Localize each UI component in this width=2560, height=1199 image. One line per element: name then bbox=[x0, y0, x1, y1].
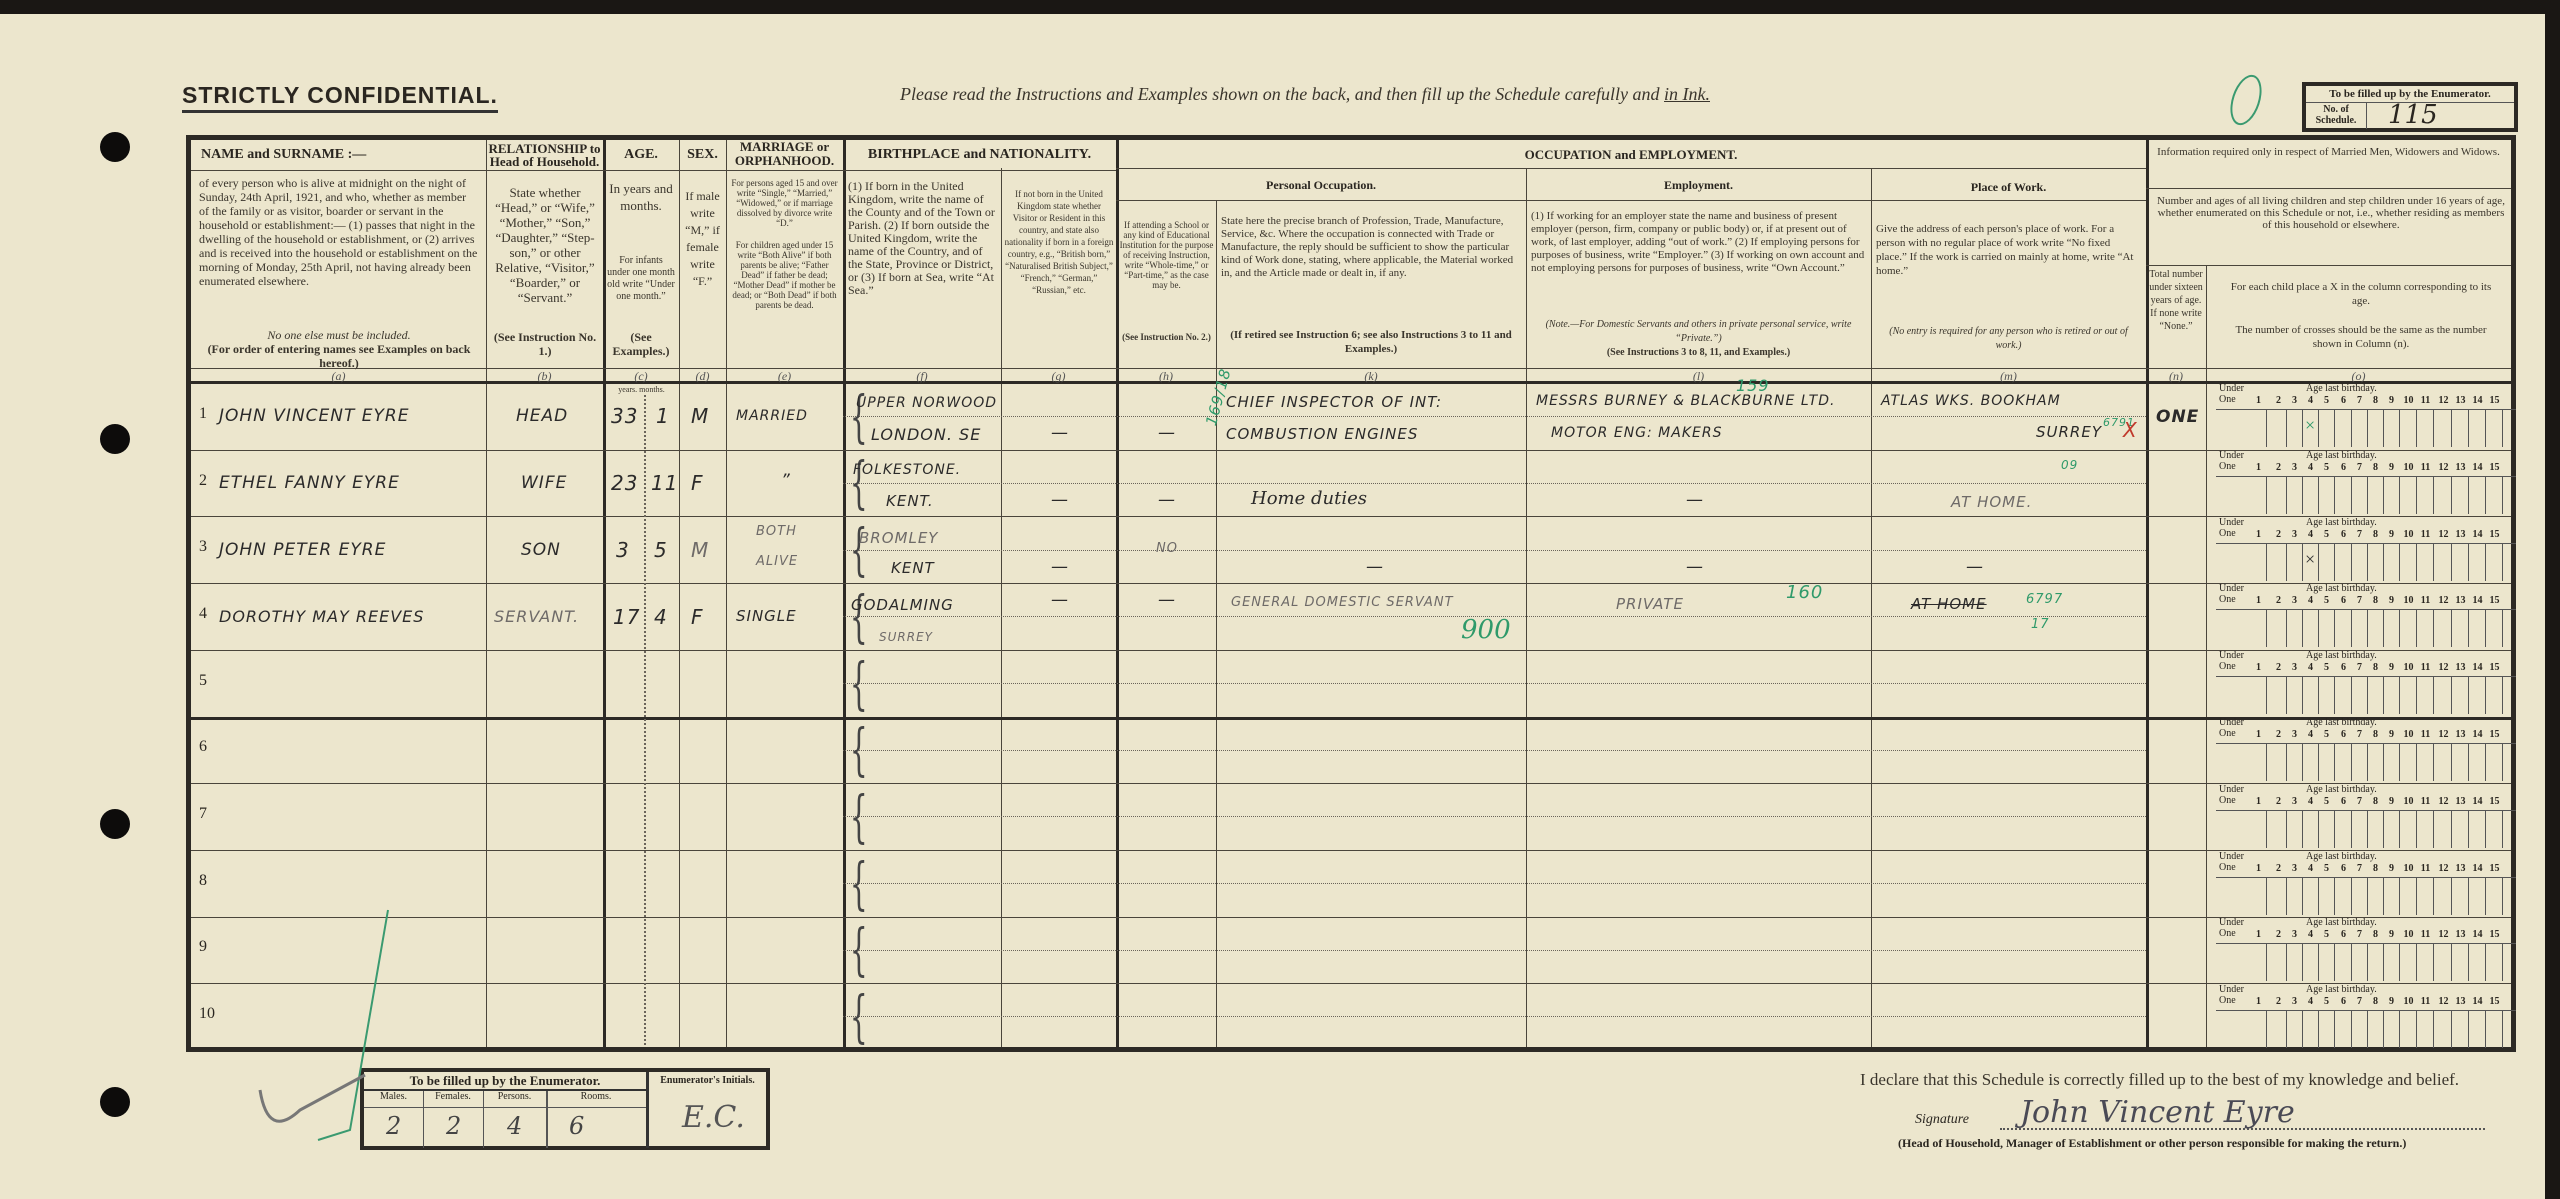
birthplace-line1: Upper Norwood bbox=[856, 395, 997, 411]
age-column-label: 4 bbox=[2302, 462, 2319, 473]
occupation-line2: — bbox=[1366, 557, 1384, 577]
age-column-label: 8 bbox=[2367, 395, 2384, 406]
age-column-label: 4 bbox=[2302, 996, 2319, 1007]
sex: M bbox=[691, 538, 709, 562]
age-grid: Under OneAge last birthday.1234567891011… bbox=[2216, 583, 2516, 650]
age-column-label: 1 bbox=[2250, 863, 2267, 874]
age-years: 33 bbox=[611, 404, 638, 428]
col-o-letter: (o) bbox=[2206, 369, 2511, 384]
col-f-instructions: (1) If born in the United Kingdom, write… bbox=[848, 180, 998, 297]
sex: F bbox=[691, 471, 704, 495]
age-column-label: 11 bbox=[2417, 863, 2434, 874]
age-column-label: 6 bbox=[2335, 929, 2352, 940]
page-title: STRICTLY CONFIDENTIAL. bbox=[182, 82, 498, 113]
col-a-title: NAME and SURNAME :— bbox=[191, 147, 496, 162]
age-column-label: 12 bbox=[2435, 729, 2452, 740]
age-column-label: 14 bbox=[2469, 996, 2486, 1007]
age-column-label: 3 bbox=[2286, 796, 2303, 807]
age-last-birthday-label: Age last birthday. bbox=[2306, 917, 2377, 928]
col-k-see: (If retired see Instruction 6; see also … bbox=[1221, 328, 1521, 356]
col-m-note: (No entry is required for any person who… bbox=[1876, 325, 2141, 353]
occupation-title: OCCUPATION and EMPLOYMENT. bbox=[1116, 147, 2146, 162]
child-age-cross: × bbox=[2305, 415, 2315, 436]
occupation-line1: Chief Inspector of Int: bbox=[1226, 393, 1442, 411]
age-column-label: 15 bbox=[2486, 595, 2503, 606]
age-column-label: 13 bbox=[2452, 395, 2469, 406]
col-c-letter: (c) bbox=[603, 369, 679, 384]
age-years: 3 bbox=[616, 538, 630, 562]
age-column-label: 13 bbox=[2452, 996, 2469, 1007]
age-column-label: 3 bbox=[2286, 462, 2303, 473]
age-grid: Under OneAge last birthday.1234567891011… bbox=[2216, 717, 2516, 784]
col-h-see: (See Instruction No. 2.) bbox=[1119, 330, 1214, 344]
years-label: years. bbox=[618, 385, 637, 394]
age-column-label: 15 bbox=[2486, 395, 2503, 406]
age-column-label: 13 bbox=[2452, 662, 2469, 673]
age-column-label: 12 bbox=[2435, 996, 2452, 1007]
age-column-label: 7 bbox=[2351, 662, 2368, 673]
age-column-label: 2 bbox=[2270, 796, 2287, 807]
age-column-label: 2 bbox=[2270, 863, 2287, 874]
age-grid: Under OneAge last birthday.1234567891011… bbox=[2216, 984, 2516, 1051]
col-b-title: RELATIONSHIP to Head of Household. bbox=[486, 142, 603, 168]
age-column-label: 6 bbox=[2335, 529, 2352, 540]
age-column-label: 8 bbox=[2367, 462, 2384, 473]
age-column-label: 5 bbox=[2318, 863, 2335, 874]
age-column-label: 15 bbox=[2486, 863, 2503, 874]
age-column-label: 4 bbox=[2302, 595, 2319, 606]
school: — bbox=[1158, 590, 1176, 610]
birthplace-line1: Bromley bbox=[859, 529, 938, 547]
age-column-label: 13 bbox=[2452, 729, 2469, 740]
age-column-label: 1 bbox=[2250, 796, 2267, 807]
col-e-letter: (e) bbox=[726, 369, 843, 384]
row-number: 9 bbox=[199, 938, 207, 956]
person-name: John Peter Eyre bbox=[219, 540, 386, 560]
col-a-note: No one else must be included. bbox=[199, 328, 479, 342]
age-column-label: 5 bbox=[2318, 796, 2335, 807]
age-column-label: 6 bbox=[2335, 863, 2352, 874]
age-last-birthday-label: Age last birthday. bbox=[2306, 984, 2377, 995]
age-column-label: 7 bbox=[2351, 729, 2368, 740]
age-column-label: 12 bbox=[2435, 929, 2452, 940]
instructions-ink: in Ink. bbox=[1664, 84, 1710, 104]
age-column-label: 9 bbox=[2383, 996, 2400, 1007]
age-last-birthday-label: Age last birthday. bbox=[2306, 650, 2377, 661]
age-column-label: 7 bbox=[2351, 462, 2368, 473]
age-column-label: 6 bbox=[2335, 395, 2352, 406]
age-column-label: 6 bbox=[2335, 996, 2352, 1007]
enumerator-initials-label: Enumerator's Initials. bbox=[649, 1072, 766, 1089]
age-column-label: 14 bbox=[2469, 462, 2486, 473]
col-l-letter: (l) bbox=[1526, 369, 1871, 384]
age-column-label: 2 bbox=[2270, 996, 2287, 1007]
age-column-label: 8 bbox=[2367, 929, 2384, 940]
col-e-child-instructions: For children aged under 15 write “Both A… bbox=[729, 240, 840, 310]
child-age-cross: × bbox=[2305, 549, 2315, 570]
age-months: 4 bbox=[654, 605, 668, 629]
col-h-letter: (h) bbox=[1116, 369, 1216, 384]
col-k-instructions: State here the precise branch of Profess… bbox=[1221, 215, 1521, 280]
age-column-label: 1 bbox=[2250, 929, 2267, 940]
col-c-title: AGE. bbox=[603, 147, 679, 162]
occupation-line2: Combustion Engines bbox=[1226, 425, 1418, 443]
age-column-label: 15 bbox=[2486, 996, 2503, 1007]
age-column-label: 8 bbox=[2367, 996, 2384, 1007]
col-k-letter: (k) bbox=[1216, 369, 1526, 384]
age-column-label: 2 bbox=[2270, 529, 2287, 540]
col-m-instructions: Give the address of each person's place … bbox=[1876, 222, 2141, 278]
age-column-label: 7 bbox=[2351, 863, 2368, 874]
row-number: 5 bbox=[199, 672, 207, 690]
school: — bbox=[1158, 490, 1176, 510]
birthplace-line1: Godalming bbox=[851, 596, 954, 614]
age-column-label: 3 bbox=[2286, 929, 2303, 940]
age-grid: Under OneAge last birthday.1234567891011… bbox=[2216, 383, 2516, 450]
col-g-instructions: If not born in the United Kingdom state … bbox=[1004, 188, 1114, 296]
occupation-line1: General Domestic Servant bbox=[1231, 595, 1454, 610]
place-of-work-code: 09 bbox=[2061, 458, 2078, 472]
age-column-label: 3 bbox=[2286, 529, 2303, 540]
age-last-birthday-label: Age last birthday. bbox=[2306, 450, 2377, 461]
age-column-label: 1 bbox=[2250, 529, 2267, 540]
col-k-title: Personal Occupation. bbox=[1116, 178, 1526, 193]
signature-label: Signature bbox=[1915, 1112, 1969, 1128]
age-grid: Under OneAge last birthday.1234567891011… bbox=[2216, 917, 2516, 984]
age-column-label: 9 bbox=[2383, 529, 2400, 540]
marriage-status: ” bbox=[781, 471, 791, 491]
age-column-label: 15 bbox=[2486, 662, 2503, 673]
age-column-label: 3 bbox=[2286, 863, 2303, 874]
schedule-box-label: No. of Schedule. bbox=[2306, 103, 2367, 129]
col-no-title: Information required only in respect of … bbox=[2151, 145, 2506, 159]
children-total: One bbox=[2156, 407, 2199, 427]
age-column-label: 3 bbox=[2286, 595, 2303, 606]
enumerator-initials: E.C. bbox=[682, 1100, 745, 1135]
age-column-label: 12 bbox=[2435, 796, 2452, 807]
age-column-label: 11 bbox=[2417, 395, 2434, 406]
place-of-work-line2: — bbox=[1966, 557, 1984, 577]
age-column-label: 11 bbox=[2417, 462, 2434, 473]
age-column-label: 10 bbox=[2400, 729, 2417, 740]
employer-line1: Private bbox=[1616, 595, 1684, 613]
household-schedule-table: NAME and SURNAME :— of every person who … bbox=[186, 135, 2516, 1052]
age-column-label: 14 bbox=[2469, 595, 2486, 606]
brace: { bbox=[850, 990, 868, 1046]
age-column-label: 2 bbox=[2270, 595, 2287, 606]
marriage-status: Married bbox=[736, 408, 808, 424]
females-label: Females. bbox=[423, 1091, 483, 1102]
age-column-label: 4 bbox=[2302, 729, 2319, 740]
enumerator-tally-box: To be filled up by the Enumerator. Enume… bbox=[360, 1068, 770, 1150]
col-n-letter: (n) bbox=[2146, 369, 2206, 384]
age-column-label: 11 bbox=[2417, 929, 2434, 940]
age-column-label: 1 bbox=[2250, 395, 2267, 406]
birthplace-line2: Kent. bbox=[886, 492, 934, 510]
age-column-label: 12 bbox=[2435, 662, 2452, 673]
persons-count: 4 bbox=[507, 1112, 522, 1140]
sex: M bbox=[691, 404, 709, 428]
col-no-subtitle: Number and ages of all living children a… bbox=[2156, 195, 2506, 231]
col-d-instructions: If male write “M,” if female write “F.” bbox=[681, 188, 724, 290]
person-name: John Vincent Eyre bbox=[219, 406, 409, 426]
age-column-label: 5 bbox=[2318, 929, 2335, 940]
row-number: 6 bbox=[199, 738, 207, 756]
age-column-label: 1 bbox=[2250, 662, 2267, 673]
age-column-label: 14 bbox=[2469, 395, 2486, 406]
age-months: 1 bbox=[656, 404, 670, 428]
employment-code: 160 bbox=[1786, 582, 1823, 603]
signature-note: (Head of Household, Manager of Establish… bbox=[1898, 1136, 2406, 1151]
brace: { bbox=[850, 723, 868, 779]
nationality: — bbox=[1051, 490, 1069, 510]
age-column-label: 6 bbox=[2335, 662, 2352, 673]
age-column-label: 8 bbox=[2367, 595, 2384, 606]
age-column-label: 7 bbox=[2351, 529, 2368, 540]
school: — bbox=[1158, 423, 1176, 443]
age-column-label: 7 bbox=[2351, 595, 2368, 606]
col-d-title: SEX. bbox=[679, 147, 726, 162]
schedule-number-value: 115 bbox=[2388, 100, 2438, 130]
instructions-text: Please read the Instructions and Example… bbox=[900, 84, 1664, 104]
age-column-label: 13 bbox=[2452, 796, 2469, 807]
age-months: 11 bbox=[651, 471, 678, 495]
age-column-label: 2 bbox=[2270, 662, 2287, 673]
age-column-label: 10 bbox=[2400, 662, 2417, 673]
enumerator-box-heading: To be filled up by the Enumerator. bbox=[364, 1072, 646, 1091]
place-of-work-code: 6797 bbox=[2026, 592, 2063, 607]
col-a-letter: (a) bbox=[191, 369, 486, 384]
age-grid: Under OneAge last birthday.1234567891011… bbox=[2216, 517, 2516, 584]
age-column-label: 7 bbox=[2351, 996, 2368, 1007]
age-column-label: 7 bbox=[2351, 796, 2368, 807]
age-column-label: 8 bbox=[2367, 863, 2384, 874]
age-column-label: 11 bbox=[2417, 796, 2434, 807]
row-number: 4 bbox=[199, 605, 207, 623]
row-number: 7 bbox=[199, 805, 207, 823]
punch-hole bbox=[100, 424, 130, 454]
place-of-work-line1: Atlas Wks. Bookham bbox=[1881, 393, 2061, 409]
age-years: 23 bbox=[611, 471, 638, 495]
age-column-label: 3 bbox=[2286, 729, 2303, 740]
declaration-text: I declare that this Schedule is correctl… bbox=[1860, 1070, 2459, 1090]
brace: { bbox=[850, 923, 868, 979]
row-number: 3 bbox=[199, 538, 207, 556]
age-column-label: 4 bbox=[2302, 529, 2319, 540]
place-of-work-code-2: 17 bbox=[2031, 617, 2050, 632]
rooms-count: 6 bbox=[569, 1112, 584, 1140]
age-column-label: 3 bbox=[2286, 996, 2303, 1007]
age-column-label: 5 bbox=[2318, 529, 2335, 540]
age-column-label: 9 bbox=[2383, 662, 2400, 673]
age-last-birthday-label: Age last birthday. bbox=[2306, 717, 2377, 728]
row-number: 1 bbox=[199, 405, 207, 423]
age-column-label: 2 bbox=[2270, 462, 2287, 473]
occupation-line2: Home duties bbox=[1251, 488, 1367, 509]
col-c-see: (See Examples.) bbox=[607, 330, 675, 358]
months-label: months. bbox=[639, 385, 665, 394]
age-last-birthday-label: Age last birthday. bbox=[2306, 583, 2377, 594]
col-f-letter: (f) bbox=[843, 369, 1001, 384]
brace: { bbox=[850, 657, 868, 713]
age-column-label: 9 bbox=[2383, 729, 2400, 740]
age-column-label: 13 bbox=[2452, 529, 2469, 540]
age-last-birthday-label: Age last birthday. bbox=[2306, 383, 2377, 394]
age-column-label: 15 bbox=[2486, 796, 2503, 807]
age-column-label: 10 bbox=[2400, 395, 2417, 406]
instructions-line: Please read the Instructions and Example… bbox=[900, 84, 1710, 105]
females-count: 2 bbox=[446, 1112, 461, 1140]
col-b-instructions: State whether “Head,” or “Wife,” “Mother… bbox=[489, 185, 601, 305]
employer-line2: — bbox=[1686, 490, 1704, 510]
age-column-label: 2 bbox=[2270, 395, 2287, 406]
age-column-label: 9 bbox=[2383, 796, 2400, 807]
age-column-label: 10 bbox=[2400, 863, 2417, 874]
brace: { bbox=[850, 857, 868, 913]
age-column-label: 1 bbox=[2250, 595, 2267, 606]
age-column-label: 12 bbox=[2435, 595, 2452, 606]
age-grid: Under OneAge last birthday.1234567891011… bbox=[2216, 851, 2516, 918]
age-column-label: 8 bbox=[2367, 529, 2384, 540]
person-name: Dorothy May Reeves bbox=[219, 607, 424, 626]
age-column-label: 5 bbox=[2318, 395, 2335, 406]
age-column-label: 4 bbox=[2302, 929, 2319, 940]
person-name: Ethel Fanny Eyre bbox=[219, 473, 400, 493]
col-e-adult-instructions: For persons aged 15 and over write “Sing… bbox=[729, 178, 840, 228]
col-e-title: MARRIAGE or ORPHANHOOD. bbox=[726, 140, 843, 168]
col-b-see: (See Instruction No. 1.) bbox=[489, 330, 601, 358]
age-column-label: 5 bbox=[2318, 462, 2335, 473]
age-grid: Under OneAge last birthday.1234567891011… bbox=[2216, 450, 2516, 517]
birthplace-line1: Folkestone. bbox=[853, 462, 961, 478]
age-column-label: 9 bbox=[2383, 395, 2400, 406]
age-column-label: 4 bbox=[2302, 863, 2319, 874]
age-column-label: 15 bbox=[2486, 929, 2503, 940]
place-of-work-line2: Surrey bbox=[2036, 423, 2102, 441]
age-column-label: 11 bbox=[2417, 996, 2434, 1007]
age-months: 5 bbox=[654, 538, 668, 562]
col-o-instructions-2: The number of crosses should be the same… bbox=[2221, 323, 2501, 351]
row-number: 8 bbox=[199, 872, 207, 890]
age-column-label: 6 bbox=[2335, 595, 2352, 606]
age-column-label: 14 bbox=[2469, 529, 2486, 540]
col-a-instructions: of every person who is alive at midnight… bbox=[199, 176, 479, 288]
relationship: Servant. bbox=[494, 607, 579, 626]
age-column-label: 8 bbox=[2367, 796, 2384, 807]
sex: F bbox=[691, 605, 704, 629]
col-m-letter: (m) bbox=[1871, 369, 2146, 384]
age-column-label: 5 bbox=[2318, 729, 2335, 740]
age-column-label: 4 bbox=[2302, 796, 2319, 807]
age-column-label: 14 bbox=[2469, 729, 2486, 740]
age-column-label: 4 bbox=[2302, 395, 2319, 406]
age-column-label: 5 bbox=[2318, 996, 2335, 1007]
col-h-instructions: If attending a School or any kind of Edu… bbox=[1119, 220, 1214, 290]
age-column-label: 5 bbox=[2318, 595, 2335, 606]
brace: { bbox=[850, 790, 868, 846]
age-column-label: 8 bbox=[2367, 662, 2384, 673]
age-column-label: 3 bbox=[2286, 395, 2303, 406]
punch-hole bbox=[100, 809, 130, 839]
employer-line2: Motor Eng: Makers bbox=[1551, 425, 1722, 441]
row-number: 10 bbox=[199, 1005, 215, 1023]
rooms-label: Rooms. bbox=[546, 1091, 646, 1102]
schedule-number-box: To be filled up by the Enumerator. No. o… bbox=[2302, 82, 2518, 132]
birthplace-line2: Kent bbox=[891, 559, 935, 577]
age-column-label: 2 bbox=[2270, 729, 2287, 740]
signature: John Vincent Eyre bbox=[2020, 1095, 2295, 1130]
col-d-letter: (d) bbox=[679, 369, 726, 384]
age-column-label: 1 bbox=[2250, 996, 2267, 1007]
col-c-instructions: In years and months. bbox=[609, 180, 673, 214]
age-column-label: 1 bbox=[2250, 462, 2267, 473]
age-column-label: 15 bbox=[2486, 529, 2503, 540]
nationality: — bbox=[1051, 557, 1069, 577]
employer-line1: Messrs Burney & Blackburne Ltd. bbox=[1536, 393, 1835, 409]
age-column-label: 12 bbox=[2435, 462, 2452, 473]
col-o-instructions-1: For each child place a X in the column c… bbox=[2221, 280, 2501, 308]
age-column-label: 14 bbox=[2469, 929, 2486, 940]
age-column-label: 13 bbox=[2452, 595, 2469, 606]
age-column-label: 5 bbox=[2318, 662, 2335, 673]
age-column-label: 6 bbox=[2335, 729, 2352, 740]
place-of-work-line1-struck: At Home bbox=[1911, 595, 1987, 613]
age-column-label: 14 bbox=[2469, 863, 2486, 874]
age-column-label: 11 bbox=[2417, 529, 2434, 540]
age-column-label: 13 bbox=[2452, 929, 2469, 940]
age-column-label: 7 bbox=[2351, 395, 2368, 406]
age-column-label: 11 bbox=[2417, 595, 2434, 606]
age-column-label: 2 bbox=[2270, 929, 2287, 940]
col-l-note: (Note.—For Domestic Servants and others … bbox=[1531, 318, 1866, 346]
age-column-label: 10 bbox=[2400, 529, 2417, 540]
check-mark-icon bbox=[240, 900, 400, 1160]
marriage-status-line2: Alive bbox=[756, 554, 798, 569]
age-column-label: 3 bbox=[2286, 662, 2303, 673]
persons-label: Persons. bbox=[483, 1091, 546, 1102]
age-column-label: 10 bbox=[2400, 996, 2417, 1007]
place-of-work-line2: At Home. bbox=[1951, 493, 2032, 511]
occupation-code: 900 bbox=[1461, 615, 1511, 645]
age-column-label: 11 bbox=[2417, 662, 2434, 673]
birthplace-line2: London. SE bbox=[871, 425, 981, 444]
relationship: Wife bbox=[521, 473, 567, 493]
marriage-status: Both bbox=[756, 524, 797, 539]
age-column-label: 9 bbox=[2383, 462, 2400, 473]
age-column-label: 1 bbox=[2250, 729, 2267, 740]
age-column-label: 4 bbox=[2302, 662, 2319, 673]
employer-line2: — bbox=[1686, 557, 1704, 577]
marriage-status: Single bbox=[736, 607, 797, 625]
age-column-label: 9 bbox=[2383, 863, 2400, 874]
age-column-label: 9 bbox=[2383, 595, 2400, 606]
age-column-label: 12 bbox=[2435, 395, 2452, 406]
age-column-label: 10 bbox=[2400, 929, 2417, 940]
age-column-label: 7 bbox=[2351, 929, 2368, 940]
col-n-instructions: Total number under sixteen years of age.… bbox=[2148, 268, 2204, 333]
relationship: Head bbox=[516, 406, 568, 426]
nationality: — bbox=[1051, 423, 1069, 443]
age-column-label: 12 bbox=[2435, 529, 2452, 540]
school: No bbox=[1156, 541, 1178, 556]
age-column-label: 14 bbox=[2469, 662, 2486, 673]
relationship: Son bbox=[521, 540, 561, 560]
red-cross-mark: X bbox=[2123, 418, 2138, 442]
col-g-letter: (g) bbox=[1001, 369, 1116, 384]
age-column-label: 15 bbox=[2486, 462, 2503, 473]
col-l-instructions: (1) If working for an employer state the… bbox=[1531, 210, 1866, 275]
age-years: 17 bbox=[613, 605, 640, 629]
